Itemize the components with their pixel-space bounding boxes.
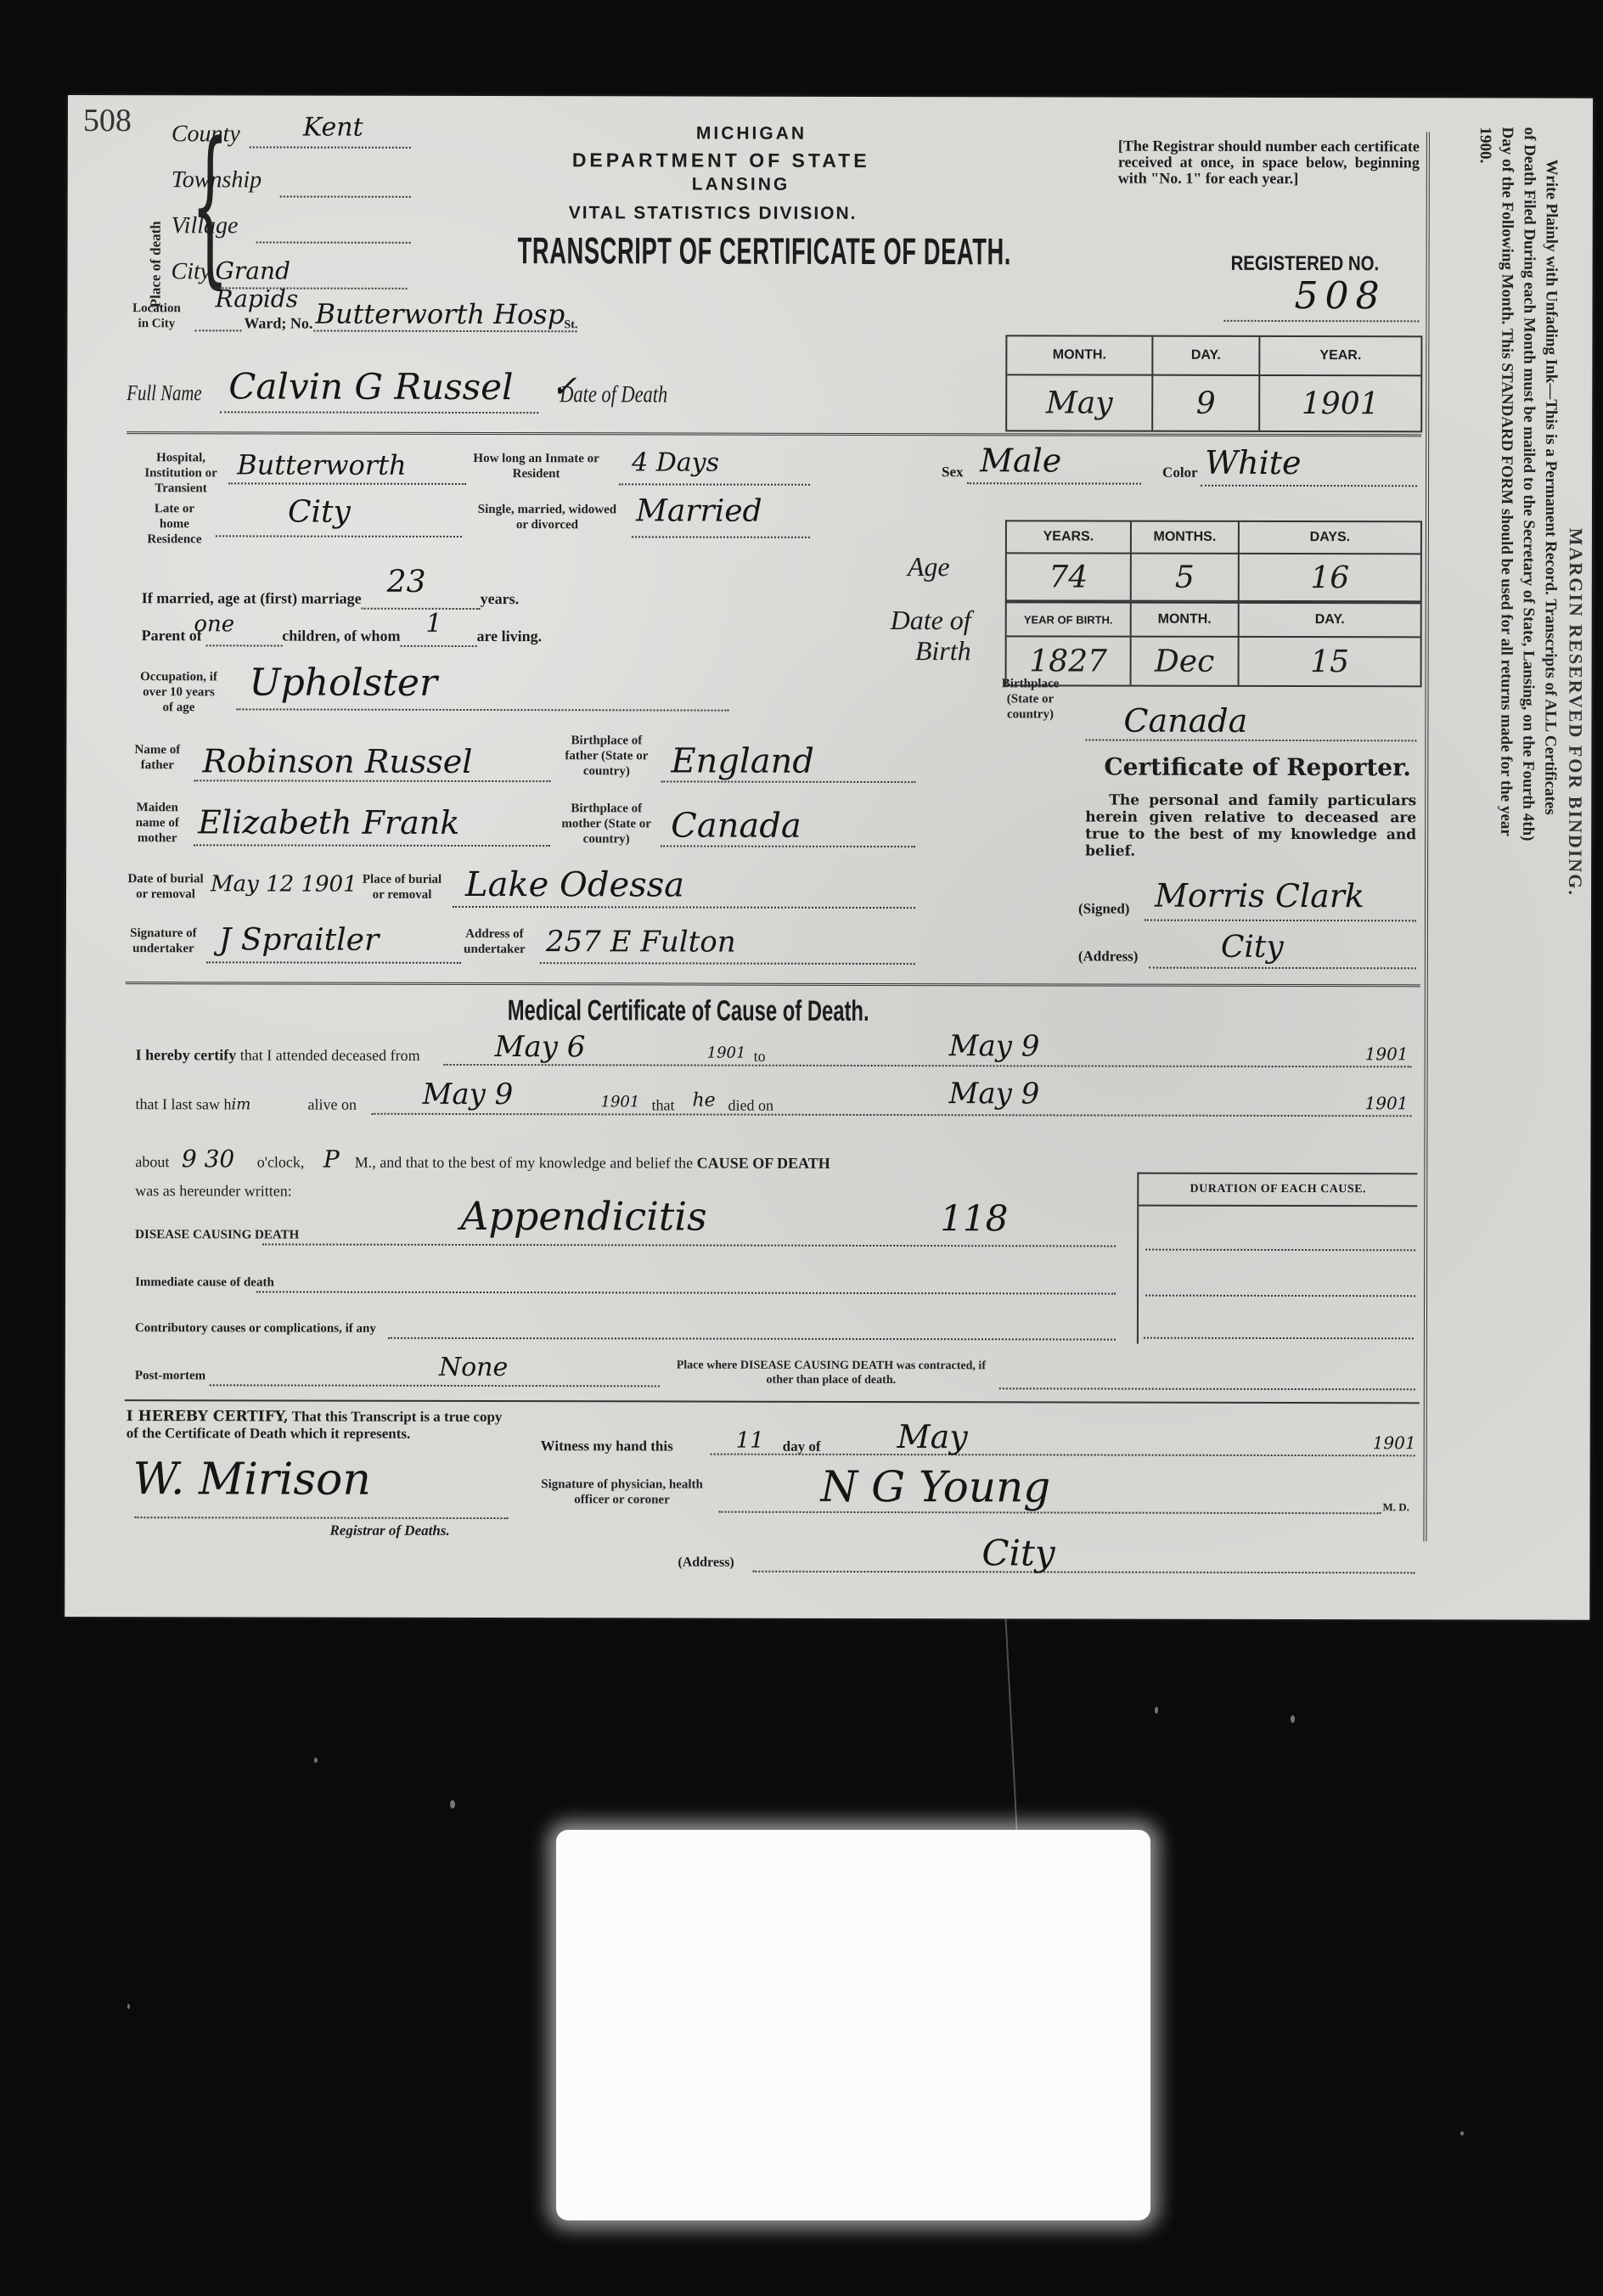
years-header: YEARS.: [1007, 521, 1132, 554]
film-speck: [1291, 1715, 1295, 1723]
date-of-birth-label: Date of Birth: [861, 605, 971, 666]
film-speck: [127, 2004, 130, 2009]
undertaker-address-line: [540, 962, 915, 965]
marriage-age-value: 23: [387, 565, 426, 599]
margin-rule: [1423, 132, 1429, 1541]
header-lansing: LANSING: [692, 175, 790, 195]
marriage-age-prefix: If married, age at (first) marriage: [142, 589, 362, 607]
date-of-death-table: MONTH. DAY. YEAR. May 9 1901: [1005, 335, 1422, 432]
time-value: 9 30: [182, 1145, 234, 1173]
months-header: MONTHS.: [1132, 522, 1240, 554]
year-of-birth-header: YEAR OF BIRTH.: [1007, 603, 1132, 637]
sex-line: [967, 482, 1141, 484]
death-day-value: 9: [1153, 376, 1260, 430]
film-speck: [1155, 1707, 1158, 1714]
margin-line-1: Write Plainly with Unfading Ink—This is …: [1540, 160, 1561, 815]
ward-line: [194, 329, 241, 331]
cause-of-death-caps: CAUSE OF DEATH: [697, 1155, 830, 1172]
margin-instructions: Write Plainly with Unfading Ink—This is …: [1448, 127, 1562, 1587]
marriage-age-line: 23: [362, 590, 481, 610]
hospital-value: Butterworth: [237, 448, 407, 481]
marital-status-line: [632, 536, 810, 537]
birthplace-value: Canada: [1123, 702, 1247, 740]
attended-from-value: May 6: [495, 1030, 586, 1064]
pronoun-he: he: [692, 1090, 715, 1111]
disease-line: [262, 1243, 1116, 1246]
residence-line: [216, 535, 462, 537]
postmortem-label: Post-mortem: [135, 1369, 205, 1383]
pronoun-him: im: [231, 1095, 250, 1113]
marital-status-label: Single, married, widowed or divorced: [473, 502, 622, 532]
section-divider: [127, 431, 1421, 436]
reporter-title: Certificate of Reporter.: [1104, 753, 1411, 782]
county-label: County: [172, 121, 240, 148]
registrar-certify-text: I HEREBY CERTIFY, That this Transcript i…: [127, 1408, 513, 1442]
contributory-label: Contributory causes or complications, if…: [135, 1321, 376, 1337]
days-header: DAYS.: [1240, 522, 1420, 554]
birth-month-header: MONTH.: [1132, 604, 1240, 638]
postmortem-line: [210, 1384, 660, 1387]
undertaker-label: Signature of undertaker: [127, 926, 200, 956]
md-label: M. D.: [1383, 1500, 1409, 1514]
contributory-line: [388, 1337, 1116, 1341]
burial-date-label: Date of burial or removal: [127, 871, 204, 902]
about-label: about: [135, 1153, 169, 1170]
duration-line-2: [1145, 1295, 1415, 1297]
birthplace-label: Birthplace (State or country): [992, 676, 1068, 722]
died-on-value: May 9: [948, 1077, 1039, 1111]
sex-value: Male: [980, 442, 1061, 479]
burial-place-label: Place of burial or removal: [362, 872, 442, 903]
full-name-value: Calvin G Russel: [228, 365, 513, 408]
certify-bold: I hereby certify: [136, 1046, 237, 1063]
postmortem-value: None: [439, 1353, 508, 1382]
to-label: to: [754, 1048, 766, 1066]
reporter-address-line: [1149, 967, 1416, 970]
street-value: Butterworth Hosp: [315, 298, 565, 331]
full-name-label: Full Name: [127, 380, 201, 406]
header-michigan: MICHIGAN: [696, 124, 807, 144]
disease-label: DISEASE CAUSING DEATH: [135, 1228, 299, 1242]
hospital-line: [228, 482, 466, 485]
registered-no-label: REGISTERED NO.: [1231, 252, 1380, 276]
children-row: Parent of one children, of whom1 are liv…: [142, 627, 543, 647]
reporter-text: The personal and family particulars here…: [1085, 792, 1416, 861]
margin-line-3: Day of the Following Month. This STANDAR…: [1496, 127, 1516, 836]
hereby-certify-bold: I HEREBY CERTIFY,: [127, 1408, 289, 1425]
reporter-signed-line: [1145, 920, 1416, 922]
undertaker-address-label: Address of undertaker: [458, 926, 531, 957]
occupation-line: [236, 708, 728, 711]
attended-row: I hereby certify that I attended decease…: [136, 1046, 420, 1065]
burial-date-value: May 12 1901: [211, 871, 357, 897]
birth-month-value: Dec: [1132, 638, 1240, 685]
witness-day: 11: [736, 1428, 764, 1454]
place-contracted-label: Place where DISEASE CAUSING DEATH was co…: [670, 1358, 993, 1387]
birth-day-header: DAY.: [1240, 604, 1420, 638]
county-line: [250, 146, 411, 148]
children-suffix: are living.: [476, 627, 542, 644]
undertaker-line: [206, 961, 461, 964]
inmate-duration-value: 4 Days: [632, 447, 719, 477]
burial-place-line: [453, 906, 915, 909]
children-living-value: 1: [426, 609, 442, 639]
attended-text: that I attended deceased from: [240, 1046, 420, 1063]
death-year-value: 1901: [1260, 376, 1420, 430]
children-count-value: one: [194, 611, 234, 637]
undertaker-address-value: 257 E Fulton: [546, 925, 736, 959]
duration-line-1: [1145, 1249, 1415, 1252]
age-table: YEARS. MONTHS. DAYS. 74 5 16: [1005, 520, 1422, 602]
date-of-birth-table: YEAR OF BIRTH. MONTH. DAY. 1827 Dec 15: [1005, 601, 1422, 687]
header-department: DEPARTMENT OF STATE: [572, 149, 870, 172]
children-prefix: Parent of: [142, 627, 202, 644]
mother-name-label: Maiden name of mother: [132, 800, 182, 846]
birth-day-value: 15: [1240, 638, 1420, 685]
margin-line-4: 1900.: [1476, 127, 1494, 163]
cause-text: M., and that to the best of my knowledge…: [355, 1154, 693, 1172]
children-count-line: one: [205, 627, 282, 646]
marriage-age-row: If married, age at (first) marriage23 ye…: [142, 589, 519, 610]
hereunder-written: was as hereunder written:: [135, 1182, 291, 1200]
mother-birthplace-value: Canada: [671, 806, 801, 845]
immediate-cause-line: [256, 1291, 1116, 1294]
oclock-label: o'clock,: [257, 1153, 305, 1170]
mother-birthplace-line: [661, 845, 915, 847]
film-speck: [314, 1758, 318, 1763]
last-saw-text: that I last saw h: [135, 1095, 231, 1112]
day-header: DAY.: [1153, 337, 1260, 376]
city-label: City: [172, 258, 211, 285]
residence-label: Late or home Residence: [138, 501, 211, 547]
month-header: MONTH.: [1007, 336, 1153, 375]
marital-status-value: Married: [636, 493, 762, 528]
township-label: Township: [172, 166, 262, 194]
village-line: [256, 241, 411, 243]
witness-label: Witness my hand this: [541, 1438, 673, 1455]
physician-label: Signature of physician, health officer o…: [537, 1477, 707, 1507]
mother-name-line: [194, 844, 550, 847]
last-seen-year: 1901: [600, 1093, 639, 1111]
age-months-value: 5: [1132, 554, 1240, 600]
registered-no-value: 508: [1294, 274, 1386, 318]
reporter-address-value: City: [1221, 930, 1284, 965]
reporter-address-label: (Address): [1078, 948, 1139, 965]
birthplace-line: [1085, 740, 1416, 742]
occupation-label: Occupation, if over 10 years of age: [136, 669, 221, 715]
film-scratch: [1004, 1618, 1017, 1830]
village-label: Village: [172, 212, 239, 239]
place-of-death-label: Place of death: [147, 221, 164, 307]
children-living-line: 1: [400, 627, 476, 647]
attended-from-year: 1901: [707, 1044, 746, 1062]
age-years-value: 74: [1007, 554, 1132, 599]
mother-birthplace-label: Birthplace of mother (State or country): [559, 801, 654, 847]
last-seen-line: [371, 1113, 1411, 1117]
blank-white-slip: [556, 1830, 1150, 2220]
residence-value: City: [288, 495, 351, 530]
father-birthplace-value: England: [671, 741, 814, 780]
duration-header: DURATION OF EACH CAUSE.: [1139, 1174, 1417, 1207]
date-of-death-label: Date of Death: [560, 381, 667, 408]
inmate-duration-line: [619, 483, 810, 485]
hospital-label: Hospital, Institution or Transient: [138, 450, 223, 496]
death-month-value: May: [1007, 375, 1153, 430]
year-header: YEAR.: [1260, 337, 1420, 376]
street-suffix: St.: [564, 318, 577, 332]
physician-signature: N G Young: [821, 1462, 1051, 1512]
witness-year: 1901: [1373, 1432, 1416, 1453]
disease-code: 118: [940, 1197, 1008, 1239]
marriage-age-suffix: years.: [481, 590, 520, 607]
physician-address-value: City: [981, 1532, 1055, 1573]
registrar-note: [The Registrar should number each certif…: [1118, 138, 1420, 188]
ward-label: Ward; No.: [244, 314, 312, 332]
last-seen-row: that I last saw him: [135, 1095, 250, 1113]
death-certificate-page: 508 Place of death { County Kent Townshi…: [65, 95, 1593, 1620]
township-line: [280, 196, 411, 198]
father-birthplace-line: [661, 780, 915, 783]
registrar-signature-line: [134, 1517, 508, 1519]
color-value: White: [1205, 444, 1302, 481]
color-line: [1201, 485, 1417, 487]
section-divider: [125, 1399, 1420, 1404]
immediate-cause-label: Immediate cause of death: [135, 1275, 274, 1290]
day-of-label: day of: [783, 1438, 821, 1455]
film-speck: [1460, 2131, 1464, 2136]
registered-no-line: [1223, 320, 1419, 322]
burial-place-value: Lake Odessa: [465, 865, 684, 905]
margin-line-2: of Death Filed During each Month must be…: [1518, 127, 1538, 841]
full-name-line: [220, 411, 538, 414]
sex-label: Sex: [942, 464, 964, 481]
that-label: that: [651, 1096, 674, 1114]
stamp-number: 508: [83, 102, 132, 139]
meridiem-value: P: [323, 1145, 340, 1173]
registrar-signature: W. Mirison: [133, 1454, 371, 1505]
color-label: Color: [1162, 464, 1198, 481]
reporter-signature: Morris Clark: [1155, 877, 1364, 915]
disease-value: Appendicitis: [460, 1193, 707, 1240]
attended-line: [444, 1064, 1412, 1067]
age-days-value: 16: [1240, 554, 1420, 600]
city-value: Grand Rapids: [215, 256, 298, 312]
county-value: Kent: [303, 113, 363, 143]
registrar-caption: Registrar of Deaths.: [329, 1522, 449, 1539]
attended-to-value: May 9: [949, 1029, 1040, 1063]
duration-box: DURATION OF EACH CAUSE.: [1137, 1173, 1417, 1345]
died-on-label: died on: [728, 1097, 773, 1115]
children-middle: children, of whom: [282, 627, 400, 644]
age-label: Age: [908, 551, 950, 582]
attended-to-year: 1901: [1365, 1044, 1409, 1064]
witness-month: May: [897, 1418, 968, 1455]
place-contracted-line: [999, 1387, 1415, 1390]
location-in-city-label: Location in City: [127, 301, 186, 331]
physician-address-line: [752, 1571, 1415, 1574]
page-title: TRANSCRIPT OF CERTIFICATE OF DEATH.: [518, 230, 1012, 273]
died-on-year: 1901: [1364, 1093, 1408, 1113]
reporter-signed-label: (Signed): [1078, 900, 1130, 917]
father-name-label: Name of father: [132, 742, 182, 773]
alive-on-label: alive on: [307, 1096, 357, 1114]
header-division: VITAL STATISTICS DIVISION.: [569, 203, 858, 224]
binding-margin-note: MARGIN RESERVED FOR BINDING.: [1564, 528, 1587, 897]
last-seen-value: May 9: [422, 1078, 513, 1111]
medical-title: Medical Certificate of Cause of Death.: [508, 994, 869, 1028]
occupation-value: Upholster: [249, 661, 437, 704]
mother-name-value: Elizabeth Frank: [198, 803, 459, 841]
undertaker-signature: J Spraitler: [219, 922, 379, 957]
father-name-value: Robinson Russel: [202, 742, 472, 780]
father-birthplace-label: Birthplace of father (State or country): [559, 733, 654, 779]
section-divider: [126, 982, 1420, 987]
film-speck: [450, 1800, 455, 1809]
physician-address-label: (Address): [678, 1556, 734, 1571]
inmate-duration-label: How long an Inmate or Resident: [466, 451, 606, 481]
about-row: about 9 30 o'clock, PM., and that to the…: [135, 1145, 830, 1174]
